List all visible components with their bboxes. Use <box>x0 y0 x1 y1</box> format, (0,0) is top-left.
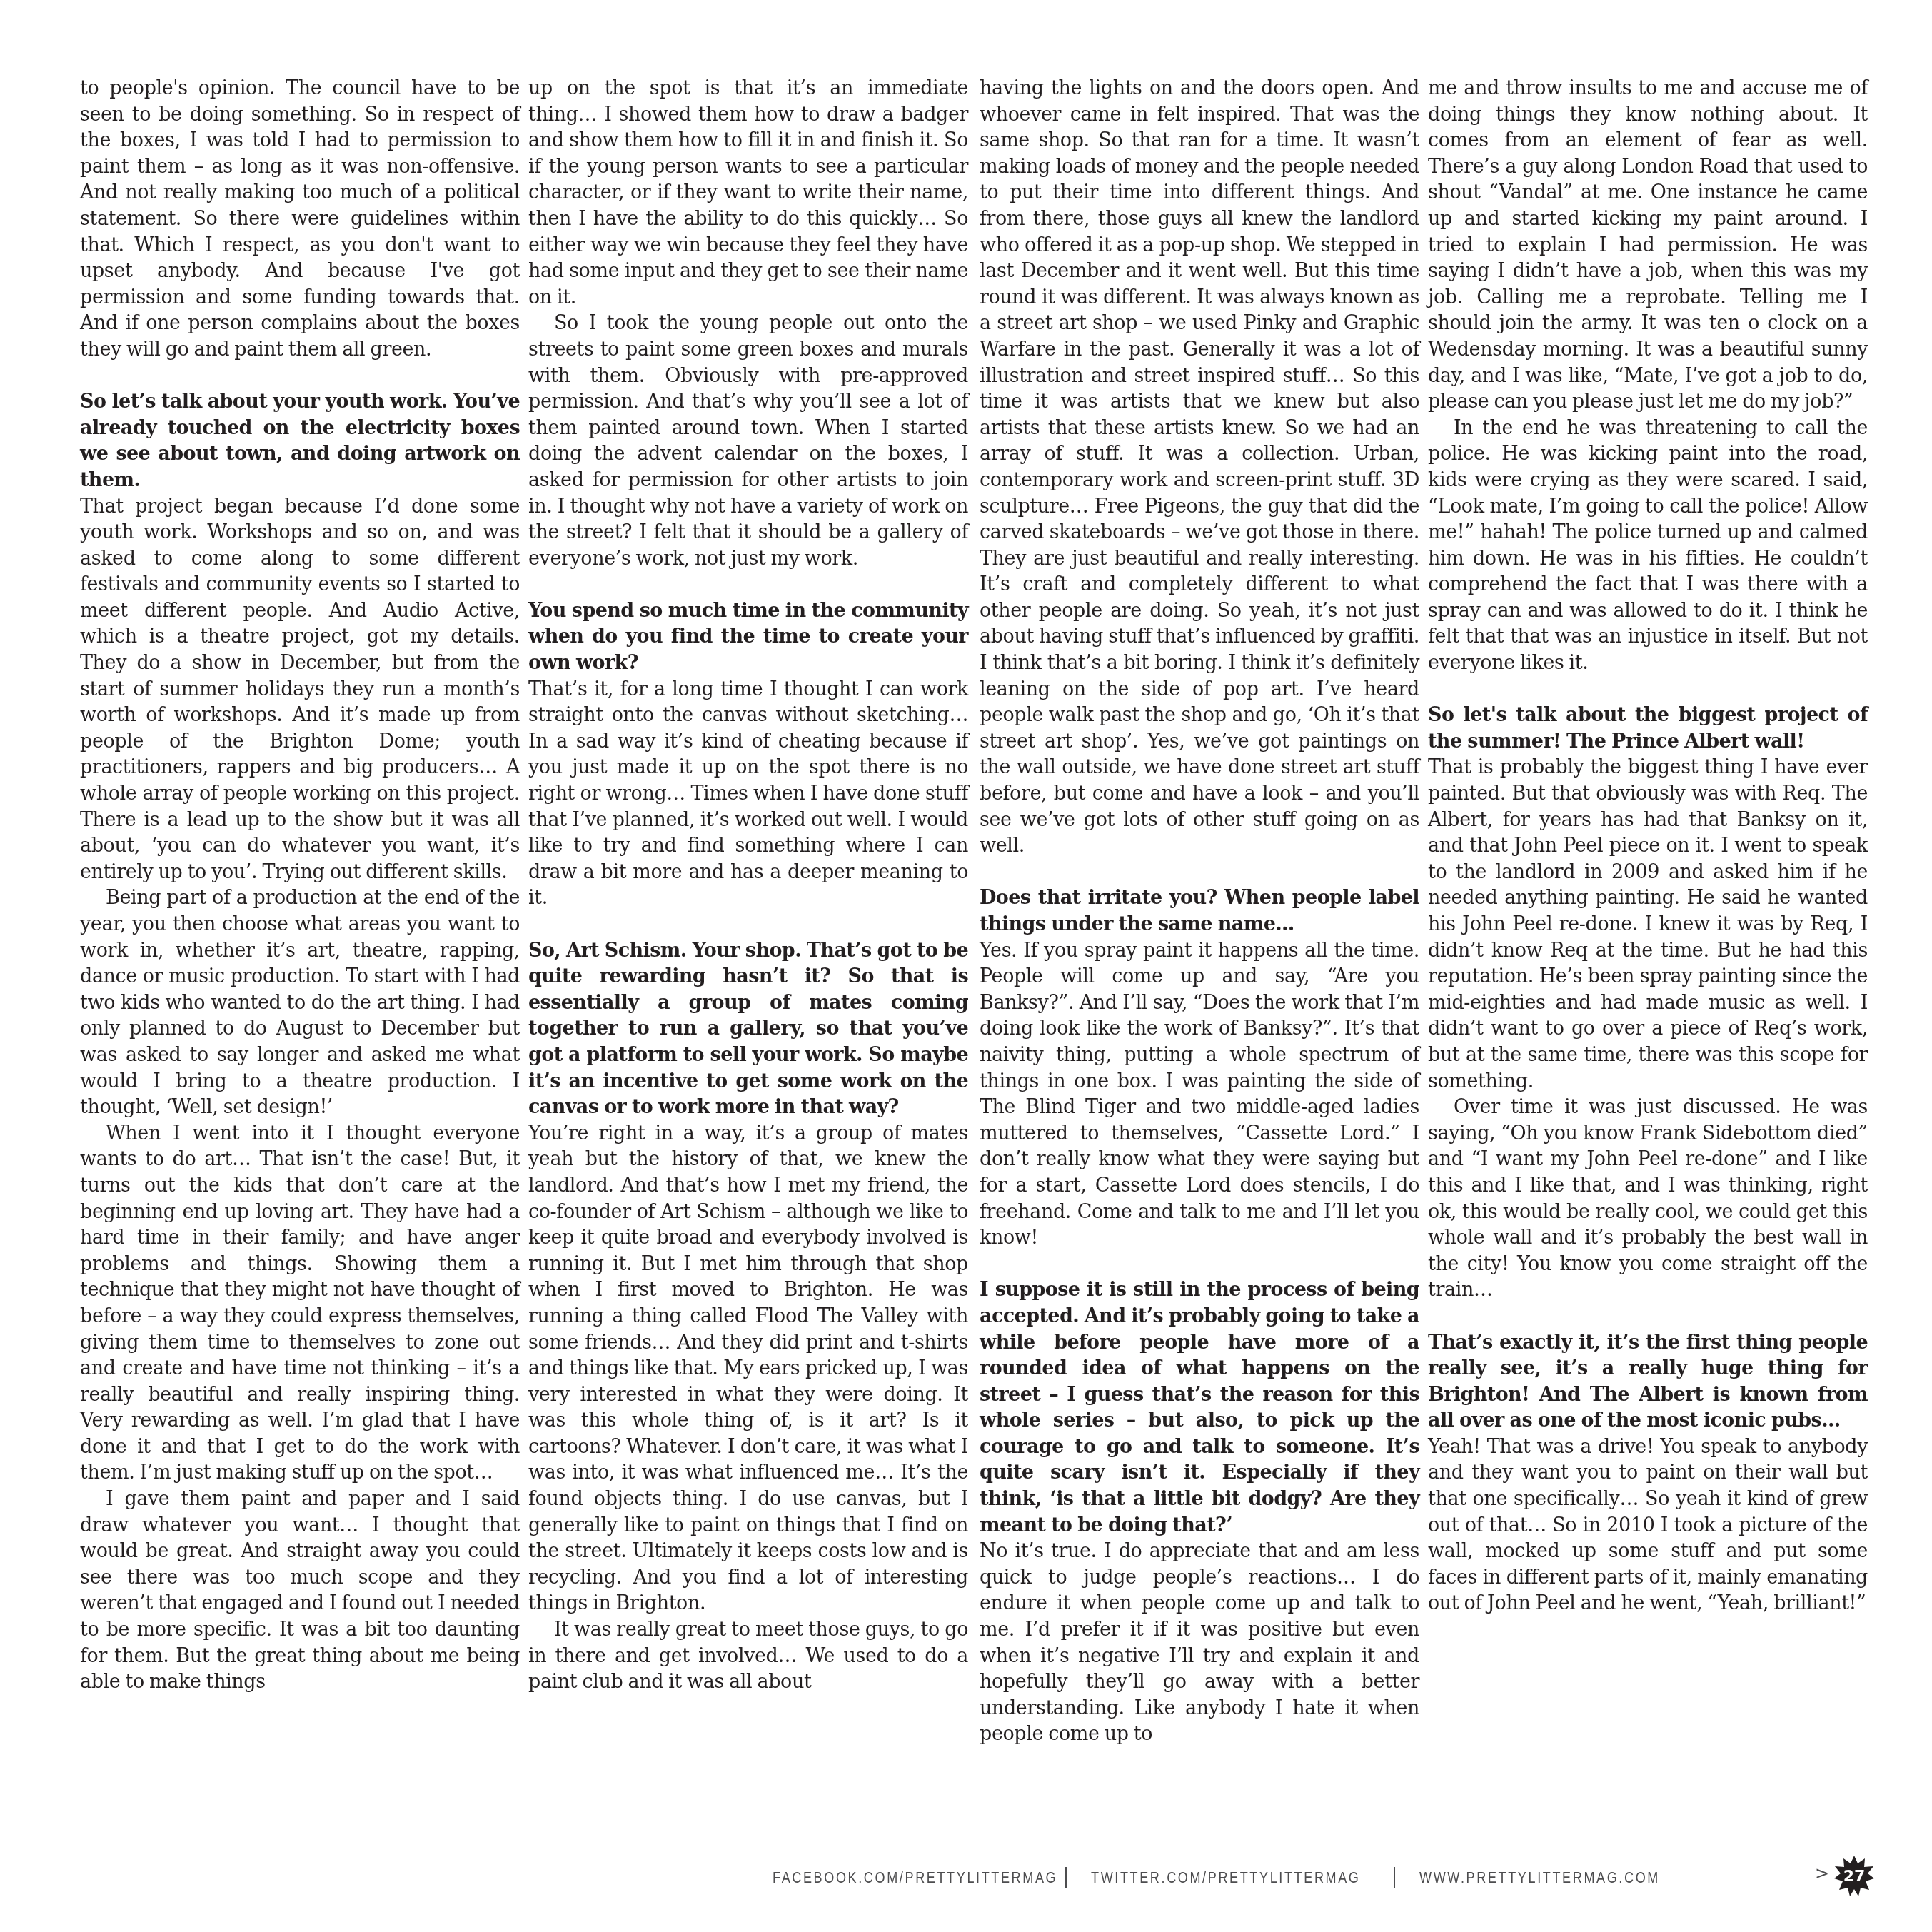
paragraph: No it’s true. I do appreciate that and a… <box>980 1539 1419 1748</box>
paragraph: That’s it, for a long time I thought I c… <box>528 677 968 912</box>
magazine-page: to people's opinion. The council have to… <box>0 0 1932 1932</box>
paragraph: In the end he was threatening to call th… <box>1428 416 1868 677</box>
facebook-link[interactable]: FACEBOOK.COM/PRETTYLITTERMAG <box>773 1868 1012 1887</box>
paragraph: up on the spot is that it’s an immediate… <box>528 76 968 311</box>
paragraph: That is probably the biggest thing I hav… <box>1428 755 1868 1095</box>
paragraph: Yes. If you spray paint it happens all t… <box>980 938 1419 1252</box>
interview-question: You spend so much time in the community … <box>528 598 968 677</box>
article-body: to people's opinion. The council have to… <box>80 76 1871 1853</box>
interview-question: Does that irritate you? When people labe… <box>980 885 1419 937</box>
paragraph: to people's opinion. The council have to… <box>80 76 520 363</box>
interview-question: I suppose it is still in the process of … <box>980 1277 1419 1539</box>
column-3: having the lights on and the doors open.… <box>980 76 1419 1853</box>
column-1: to people's opinion. The council have to… <box>80 76 520 1853</box>
paragraph: When I went into it I thought everyone w… <box>80 1121 520 1486</box>
column-2: up on the spot is that it’s an immediate… <box>528 76 968 1853</box>
paragraph: Over time it was just discussed. He was … <box>1428 1095 1868 1304</box>
page-number-badge: 27 <box>1833 1855 1875 1896</box>
page-footer: FACEBOOK.COM/PRETTYLITTERMAG TWITTER.COM… <box>773 1863 1691 1892</box>
interview-question: That’s exactly it, it’s the first thing … <box>1428 1330 1868 1434</box>
paragraph: That project began because I’d done some… <box>80 494 520 886</box>
paragraph: You’re right in a way, it’s a group of m… <box>528 1121 968 1617</box>
paragraph: me and throw insults to me and accuse me… <box>1428 76 1868 416</box>
footer-divider <box>1065 1867 1067 1888</box>
paragraph: I gave them paint and paper and I said d… <box>80 1486 520 1696</box>
twitter-link[interactable]: TWITTER.COM/PRETTYLITTERMAG <box>1091 1868 1339 1887</box>
paragraph: Yeah! That was a drive! You speak to any… <box>1428 1434 1868 1617</box>
starburst-icon: 27 <box>1833 1855 1875 1896</box>
paragraph: Being part of a production at the end of… <box>80 885 520 1120</box>
footer-divider <box>1394 1867 1395 1888</box>
website-link[interactable]: WWW.PRETTYLITTERMAG.COM <box>1419 1868 1642 1887</box>
column-4: me and throw insults to me and accuse me… <box>1428 76 1868 1853</box>
interview-question: So let’s talk about your youth work. You… <box>80 389 520 493</box>
paragraph: So I took the young people out onto the … <box>528 311 968 572</box>
paragraph: having the lights on and the doors open.… <box>980 76 1419 860</box>
paragraph: It was really great to meet those guys, … <box>528 1617 968 1696</box>
page-number: 27 <box>1843 1868 1866 1886</box>
interview-question: So, Art Schism. Your shop. That’s got to… <box>528 938 968 1121</box>
next-page-arrow-icon: > <box>1815 1863 1829 1883</box>
interview-question: So let's talk about the biggest project … <box>1428 703 1868 755</box>
